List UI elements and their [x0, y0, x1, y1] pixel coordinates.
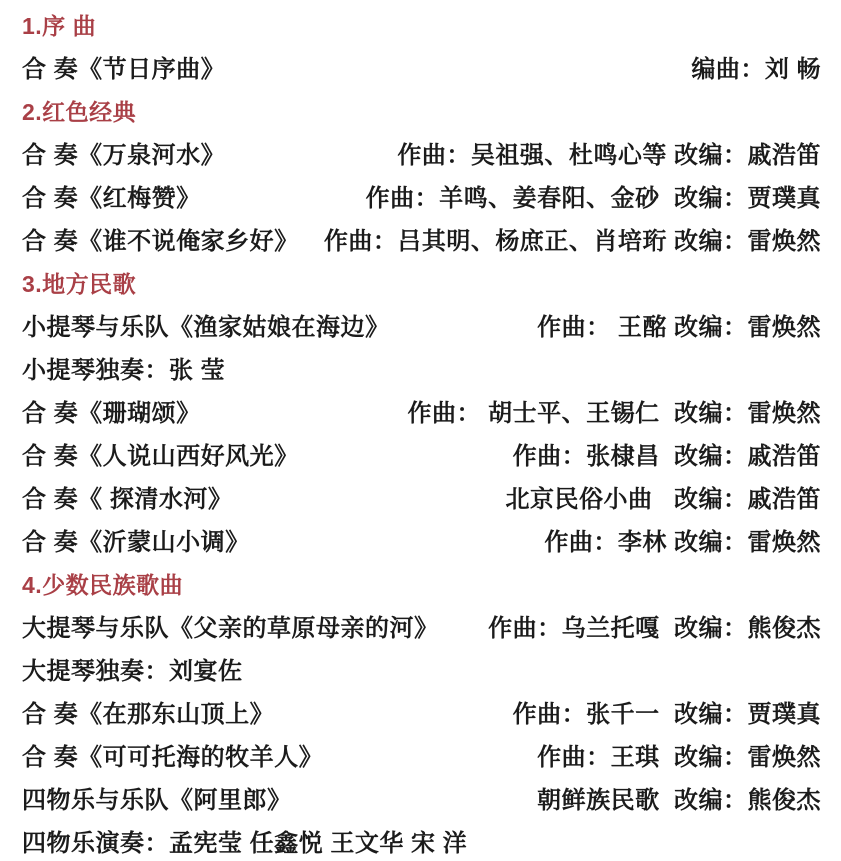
piece-credit: 北京民俗小曲 改编：戚浩笛 — [505, 478, 821, 521]
piece-title: 合 奏《红梅赞》 — [22, 177, 201, 220]
piece-credit: 朝鲜族民歌 改编：熊俊杰 — [537, 779, 821, 822]
program-row: 大提琴与乐队《父亲的草原母亲的河》 作曲：乌兰托嘎 改编：熊俊杰 — [22, 607, 821, 650]
piece-credit: 作曲：王琪 改编：雷焕然 — [537, 736, 821, 779]
piece-credit: 作曲：吕其明、杨庶正、肖培珩 改编：雷焕然 — [324, 220, 821, 263]
piece-title: 合 奏《 探清水河》 — [22, 478, 232, 521]
program-row: 合 奏《节日序曲》 编曲：刘 畅 — [22, 48, 821, 91]
program-row: 合 奏《人说山西好风光》 作曲：张棣昌 改编：戚浩笛 — [22, 435, 821, 478]
piece-credit: 作曲：张千一 改编：贾璞真 — [513, 693, 821, 736]
program-row-soloist: 大提琴独奏：刘宴佐 — [22, 650, 821, 693]
piece-credit: 作曲：张棣昌 改编：戚浩笛 — [513, 435, 821, 478]
program-row: 小提琴与乐队《渔家姑娘在海边》 作曲： 王酩 改编：雷焕然 — [22, 306, 821, 349]
section-heading-label: 4.少数民族歌曲 — [22, 564, 183, 607]
piece-credit: 作曲：乌兰托嘎 改编：熊俊杰 — [488, 607, 821, 650]
section-heading-ethnic-minority-songs: 4.少数民族歌曲 — [22, 564, 821, 607]
piece-title: 四物乐与乐队《阿里郎》 — [22, 779, 292, 822]
concert-program-page: 1.序 曲 合 奏《节日序曲》 编曲：刘 畅 2.红色经典 合 奏《万泉河水》 … — [0, 0, 841, 861]
program-row: 合 奏《谁不说俺家乡好》 作曲：吕其明、杨庶正、肖培珩 改编：雷焕然 — [22, 220, 821, 263]
section-heading-label: 1.序 曲 — [22, 5, 96, 48]
piece-title: 合 奏《在那东山顶上》 — [22, 693, 274, 736]
piece-credit: 编曲：刘 畅 — [691, 48, 821, 91]
section-heading-red-classics: 2.红色经典 — [22, 91, 821, 134]
piece-credit: 作曲： 王酩 改编：雷焕然 — [537, 306, 821, 349]
program-row: 合 奏《万泉河水》 作曲：吴祖强、杜鸣心等 改编：戚浩笛 — [22, 134, 821, 177]
section-heading-overture: 1.序 曲 — [22, 5, 821, 48]
section-heading-label: 2.红色经典 — [22, 91, 136, 134]
piece-title: 合 奏《人说山西好风光》 — [22, 435, 299, 478]
soloist-label: 大提琴独奏：刘宴佐 — [22, 650, 243, 693]
section-heading-local-folk-songs: 3.地方民歌 — [22, 263, 821, 306]
piece-credit: 作曲：吴祖强、杜鸣心等 改编：戚浩笛 — [397, 134, 821, 177]
program-row: 合 奏《可可托海的牧羊人》 作曲：王琪 改编：雷焕然 — [22, 736, 821, 779]
program-row: 合 奏《沂蒙山小调》 作曲：李林 改编：雷焕然 — [22, 521, 821, 564]
program-row: 合 奏《红梅赞》 作曲：羊鸣、姜春阳、金砂 改编：贾璞真 — [22, 177, 821, 220]
program-row: 合 奏《 探清水河》 北京民俗小曲 改编：戚浩笛 — [22, 478, 821, 521]
program-row-soloist: 小提琴独奏：张 莹 — [22, 349, 821, 392]
program-row-performers: 四物乐演奏：孟宪莹 任鑫悦 王文华 宋 洋 — [22, 822, 821, 861]
piece-credit: 作曲：李林 改编：雷焕然 — [544, 521, 821, 564]
section-heading-label: 3.地方民歌 — [22, 263, 136, 306]
performers-label: 四物乐演奏：孟宪莹 任鑫悦 王文华 宋 洋 — [22, 822, 467, 861]
piece-title: 合 奏《可可托海的牧羊人》 — [22, 736, 323, 779]
piece-credit: 作曲：羊鸣、姜春阳、金砂 改编：贾璞真 — [366, 177, 821, 220]
program-row: 四物乐与乐队《阿里郎》 朝鲜族民歌 改编：熊俊杰 — [22, 779, 821, 822]
soloist-label: 小提琴独奏：张 莹 — [22, 349, 225, 392]
piece-title: 合 奏《节日序曲》 — [22, 48, 225, 91]
piece-title: 大提琴与乐队《父亲的草原母亲的河》 — [22, 607, 439, 650]
piece-title: 合 奏《沂蒙山小调》 — [22, 521, 250, 564]
program-row: 合 奏《珊瑚颂》 作曲： 胡士平、王锡仁 改编：雷焕然 — [22, 392, 821, 435]
piece-credit: 作曲： 胡士平、王锡仁 改编：雷焕然 — [407, 392, 821, 435]
program-row: 合 奏《在那东山顶上》 作曲：张千一 改编：贾璞真 — [22, 693, 821, 736]
piece-title: 合 奏《谁不说俺家乡好》 — [22, 220, 299, 263]
piece-title: 合 奏《万泉河水》 — [22, 134, 225, 177]
piece-title: 小提琴与乐队《渔家姑娘在海边》 — [22, 306, 390, 349]
piece-title: 合 奏《珊瑚颂》 — [22, 392, 201, 435]
